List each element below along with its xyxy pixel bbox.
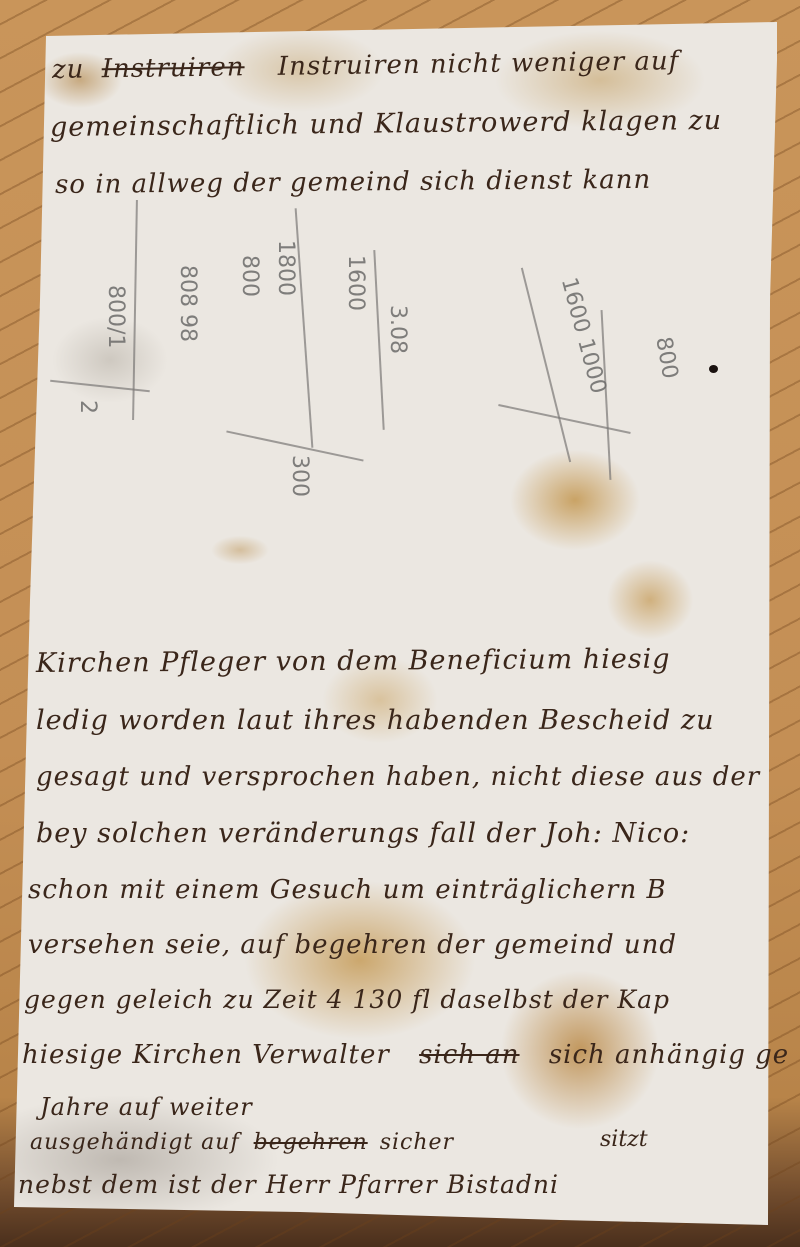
pencil-column-3b: 800 xyxy=(237,255,262,297)
line-1-prefix: zu xyxy=(52,55,85,85)
manuscript-line-5: ledig worden laut ihres habenden Beschei… xyxy=(36,705,714,736)
manuscript-line-11: hiesige Kirchen Verwalter sich an sich a… xyxy=(22,1040,789,1070)
manuscript-line-13: ausgehändigt auf begehren sicher xyxy=(30,1130,454,1155)
pencil-column-1: 800/1 xyxy=(103,285,128,348)
manuscript-line-4: Kirchen Pfleger von dem Beneficium hiesi… xyxy=(36,644,671,679)
manuscript-line-7: bey solchen veränderungs fall der Joh: N… xyxy=(36,818,690,849)
line-1-struck-word: Instruiren xyxy=(102,52,245,84)
pencil-column-4: 1600 xyxy=(343,255,368,311)
pencil-column-1-total: 2 xyxy=(75,400,100,414)
manuscript-line-14: nebst dem ist der Herr Pfarrer Bistadni xyxy=(18,1170,559,1199)
line-13-prefix: ausgehändigt auf xyxy=(30,1130,240,1155)
manuscript-line-12: Jahre auf weiter xyxy=(40,1093,253,1121)
margin-note: sitzt xyxy=(600,1127,648,1152)
line-1-text: Instruiren nicht weniger auf xyxy=(278,46,680,82)
manuscript-line-8: schon mit einem Gesuch um einträglichern… xyxy=(28,875,667,905)
pencil-column-3: 1800 xyxy=(273,240,298,296)
manuscript-line-3: so in allweg der gemeind sich dienst kan… xyxy=(55,165,651,200)
ink-blot xyxy=(709,365,718,373)
line-13-struck-word: begehren xyxy=(254,1130,368,1155)
manuscript-line-9: versehen seie, auf begehren der gemeind … xyxy=(28,930,677,960)
manuscript-line-10: gegen geleich zu Zeit 4 130 fl daselbst … xyxy=(24,985,670,1014)
pencil-column-5-note: 300 xyxy=(287,455,312,497)
line-11-struck-word: sich an xyxy=(419,1040,519,1070)
line-11-prefix: hiesige Kirchen Verwalter xyxy=(22,1040,390,1070)
pencil-column-4-total: 3.08 xyxy=(385,305,410,354)
pencil-column-2: 808 98 xyxy=(175,265,200,342)
line-13-text: sicher xyxy=(380,1130,454,1155)
line-11-text: sich anhängig ge xyxy=(549,1040,789,1070)
manuscript-line-6: gesagt und versprochen haben, nicht dies… xyxy=(36,762,760,792)
